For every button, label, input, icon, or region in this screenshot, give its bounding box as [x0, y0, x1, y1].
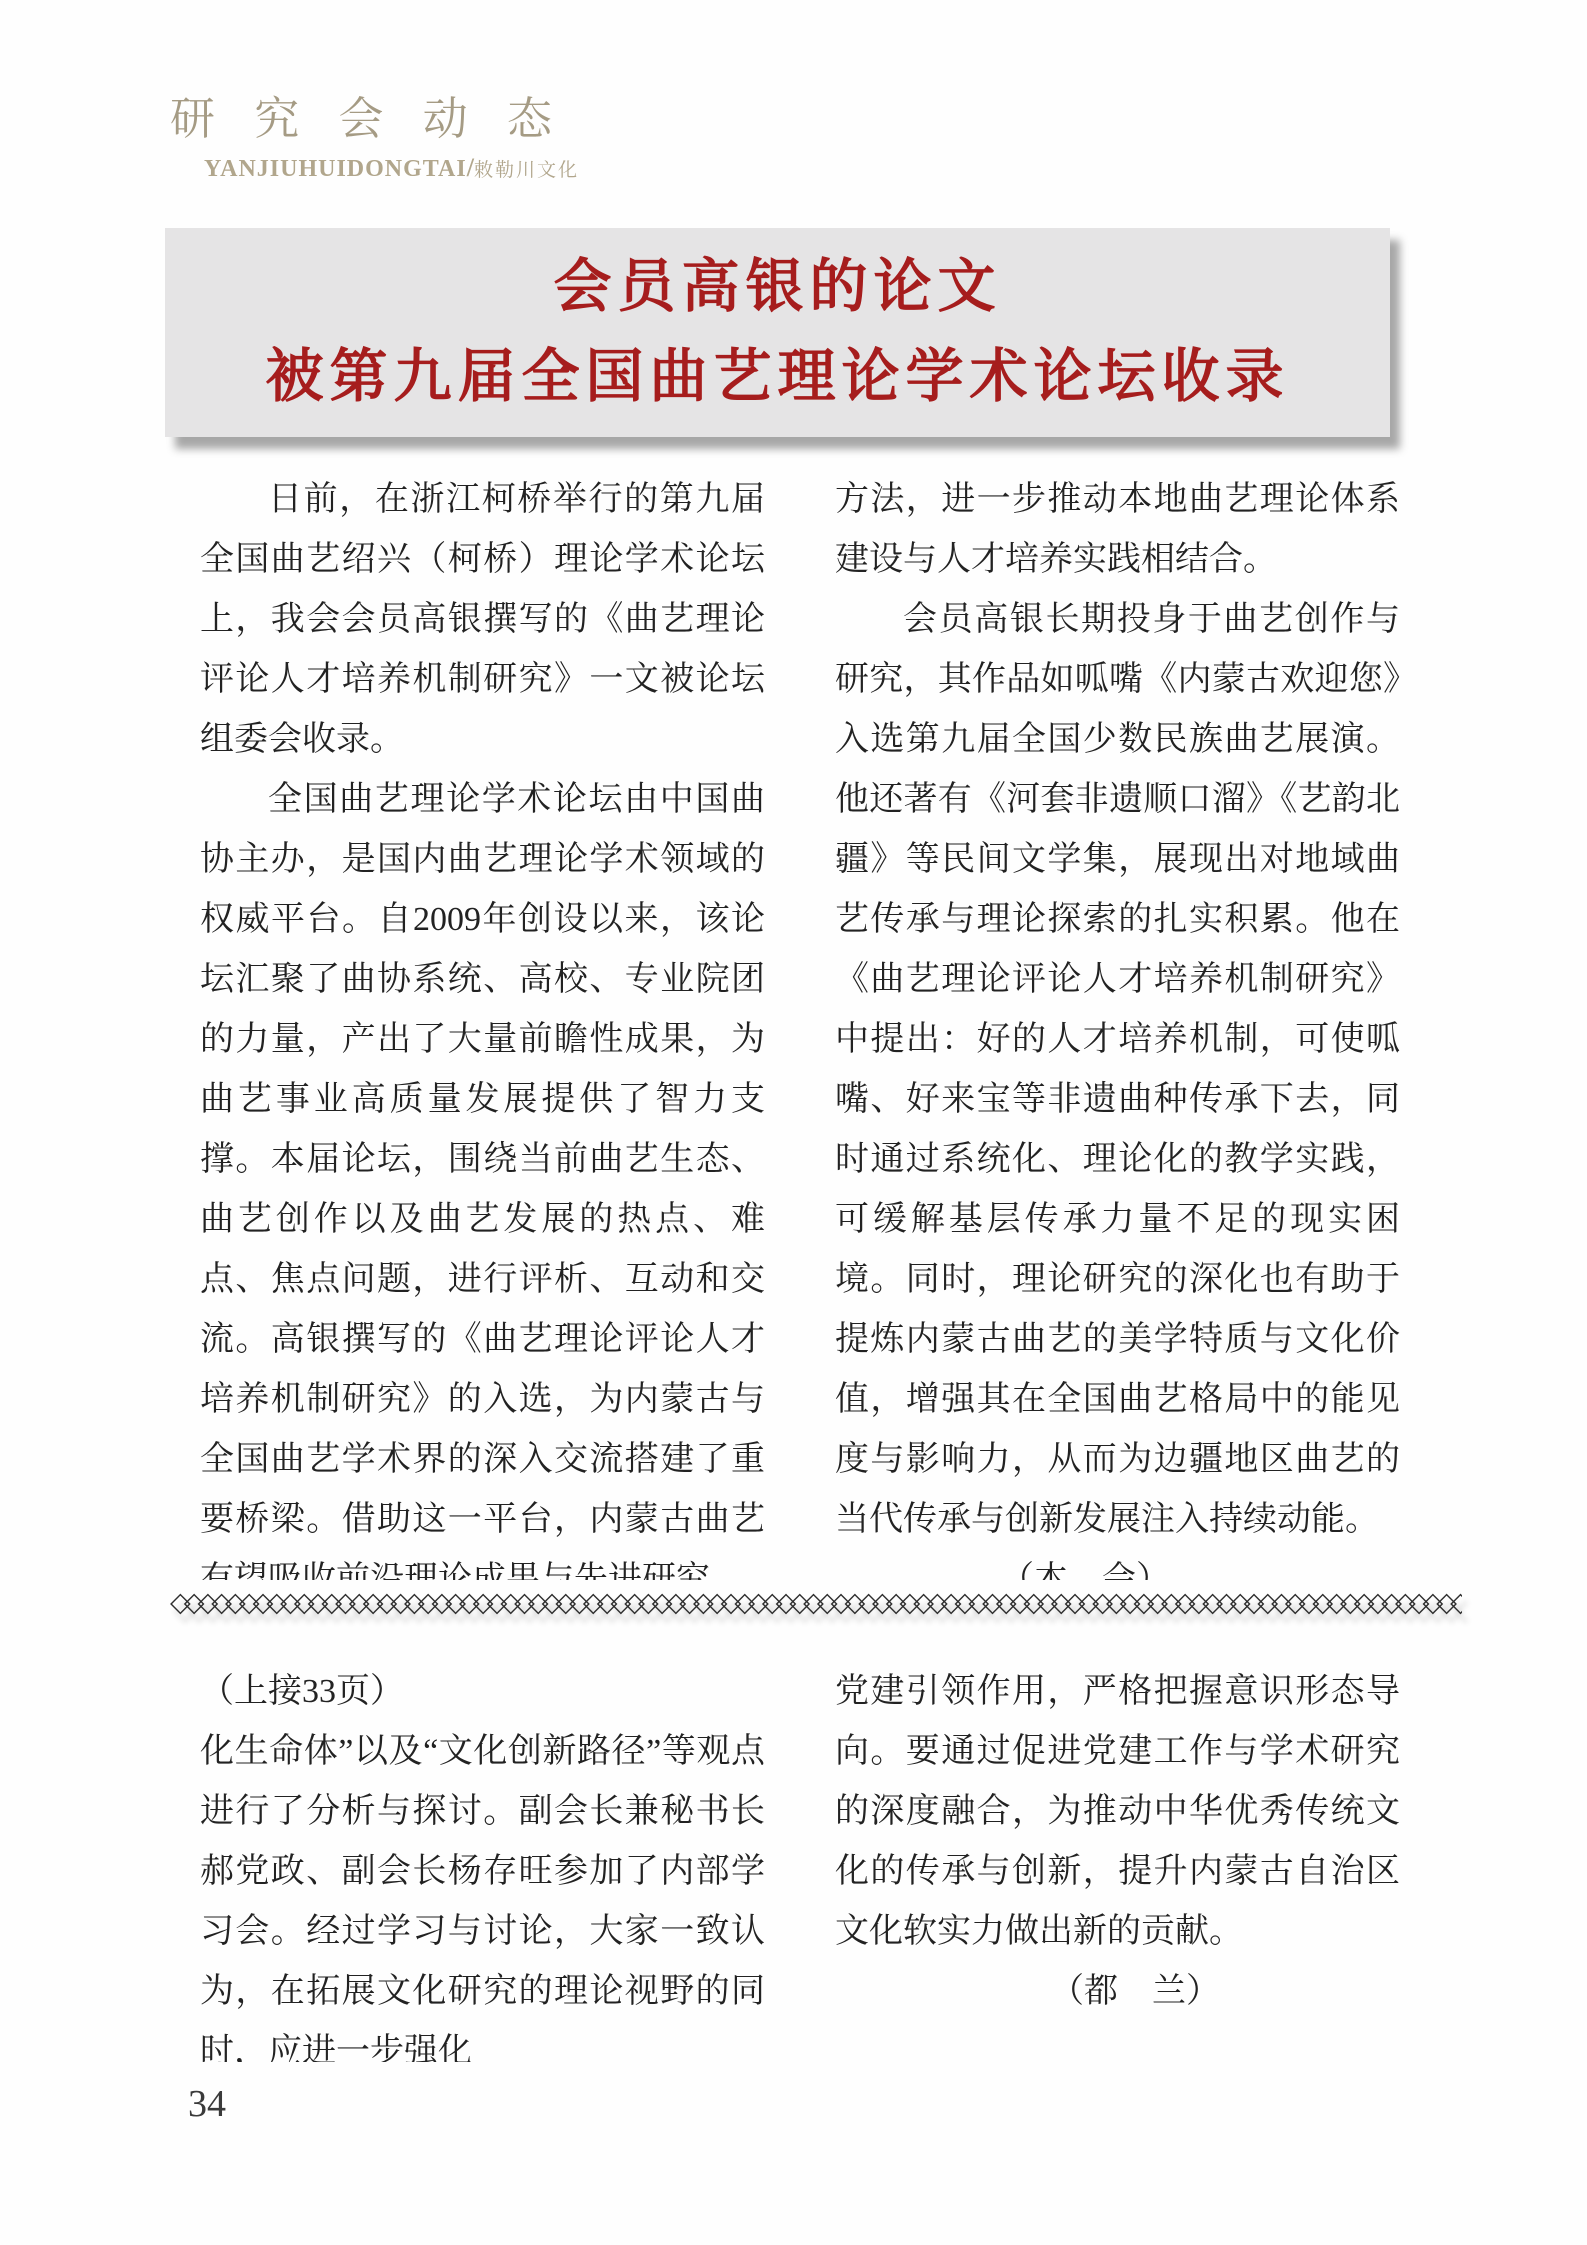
article2-byline: （都 兰） [835, 1962, 1400, 2022]
article-title-line1: 会员高银的论文 [165, 242, 1390, 332]
continued-from-note: （上接33页） [200, 1662, 765, 1722]
article2-paragraph-1: 化生命体”以及“文化创新路径”等观点进行了分析与探讨。副会长兼秘书长郝党政、副会… [200, 1722, 765, 2062]
article2-column-left: （上接33页） 化生命体”以及“文化创新路径”等观点进行了分析与探讨。副会长兼秘… [200, 1662, 765, 2062]
masthead-subtitle: YANJIUHUIDONGTAI/敕勒川文化 [204, 153, 579, 183]
article1-byline: （本 会） [835, 1550, 1400, 1580]
masthead: 研 究 会 动 态 YANJIUHUIDONGTAI/敕勒川文化 [170, 82, 579, 183]
article2-paragraph-2: 党建引领作用，严格把握意识形态导向。要通过促进党建工作与学术研究的深度融合，为推… [835, 1662, 1400, 1962]
article1-column-left: 日前，在浙江柯桥举行的第九届全国曲艺绍兴（柯桥）理论学术论坛上，我会会员高银撰写… [200, 470, 765, 1580]
article1-column-right: 方法，进一步推动本地曲艺理论体系建设与人才培养实践相结合。 会员高银长期投身于曲… [835, 470, 1400, 1580]
article-title-box: 会员高银的论文 被第九届全国曲艺理论学术论坛收录 [165, 228, 1390, 437]
section-title-pinyin: YANJIUHUIDONGTAI [204, 156, 467, 182]
slash-separator: / [467, 153, 474, 182]
journal-page: 研 究 会 动 态 YANJIUHUIDONGTAI/敕勒川文化 会员高银的论文… [0, 0, 1587, 2245]
diamond-divider: ◇◇◇◇◇◇◇◇◇◇◇◇◇◇◇◇◇◇◇◇◇◇◇◇◇◇◇◇◇◇◇◇◇◇◇◇◇◇◇◇… [170, 1588, 1462, 1624]
article1-paragraph-1: 日前，在浙江柯桥举行的第九届全国曲艺绍兴（柯桥）理论学术论坛上，我会会员高银撰写… [200, 470, 765, 770]
page-number: 34 [188, 2082, 226, 2126]
section-title: 研 究 会 动 态 [170, 82, 579, 147]
article-title-line2: 被第九届全国曲艺理论学术论坛收录 [165, 332, 1390, 422]
article1-paragraph-3: 会员高银长期投身于曲艺创作与研究，其作品如呱嘴《内蒙古欢迎您》入选第九届全国少数… [835, 590, 1400, 1550]
article1-paragraph-2: 全国曲艺理论学术论坛由中国曲协主办，是国内曲艺理论学术领域的权威平台。自2009… [200, 770, 765, 1580]
article1-paragraph-2-continuation: 方法，进一步推动本地曲艺理论体系建设与人才培养实践相结合。 [835, 470, 1400, 590]
publication-brand: 敕勒川文化 [474, 160, 579, 181]
article2-column-right: 党建引领作用，严格把握意识形态导向。要通过促进党建工作与学术研究的深度融合，为推… [835, 1662, 1400, 2062]
